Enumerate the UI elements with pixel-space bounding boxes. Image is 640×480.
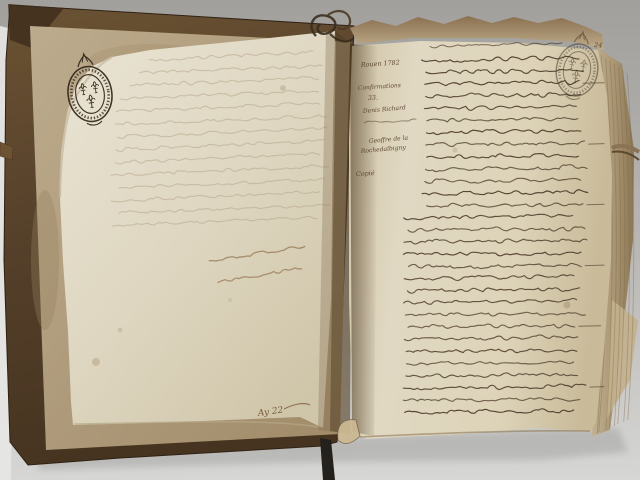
left-page <box>60 31 335 428</box>
line-filler-dash <box>590 387 604 388</box>
right-page <box>349 41 612 439</box>
right-page-gutter-shadow <box>350 44 378 436</box>
inside-cover-mottling <box>31 190 59 330</box>
margin-note: Copié <box>356 169 375 178</box>
line-filler-dash <box>579 326 601 327</box>
line-filler-dash <box>583 83 604 84</box>
line-filler-dash <box>589 144 605 145</box>
page-number: 24 <box>593 41 603 50</box>
photo-of-open-manuscript: Ay 22 24 Rouen 1782 Confirmations 33. De… <box>0 0 640 480</box>
manuscript-scene: Ay 22 24 Rouen 1782 Confirmations 33. De… <box>0 0 640 480</box>
margin-note: 33. <box>368 93 379 102</box>
line-filler-dash <box>587 204 604 205</box>
line-filler-dash <box>585 265 604 266</box>
